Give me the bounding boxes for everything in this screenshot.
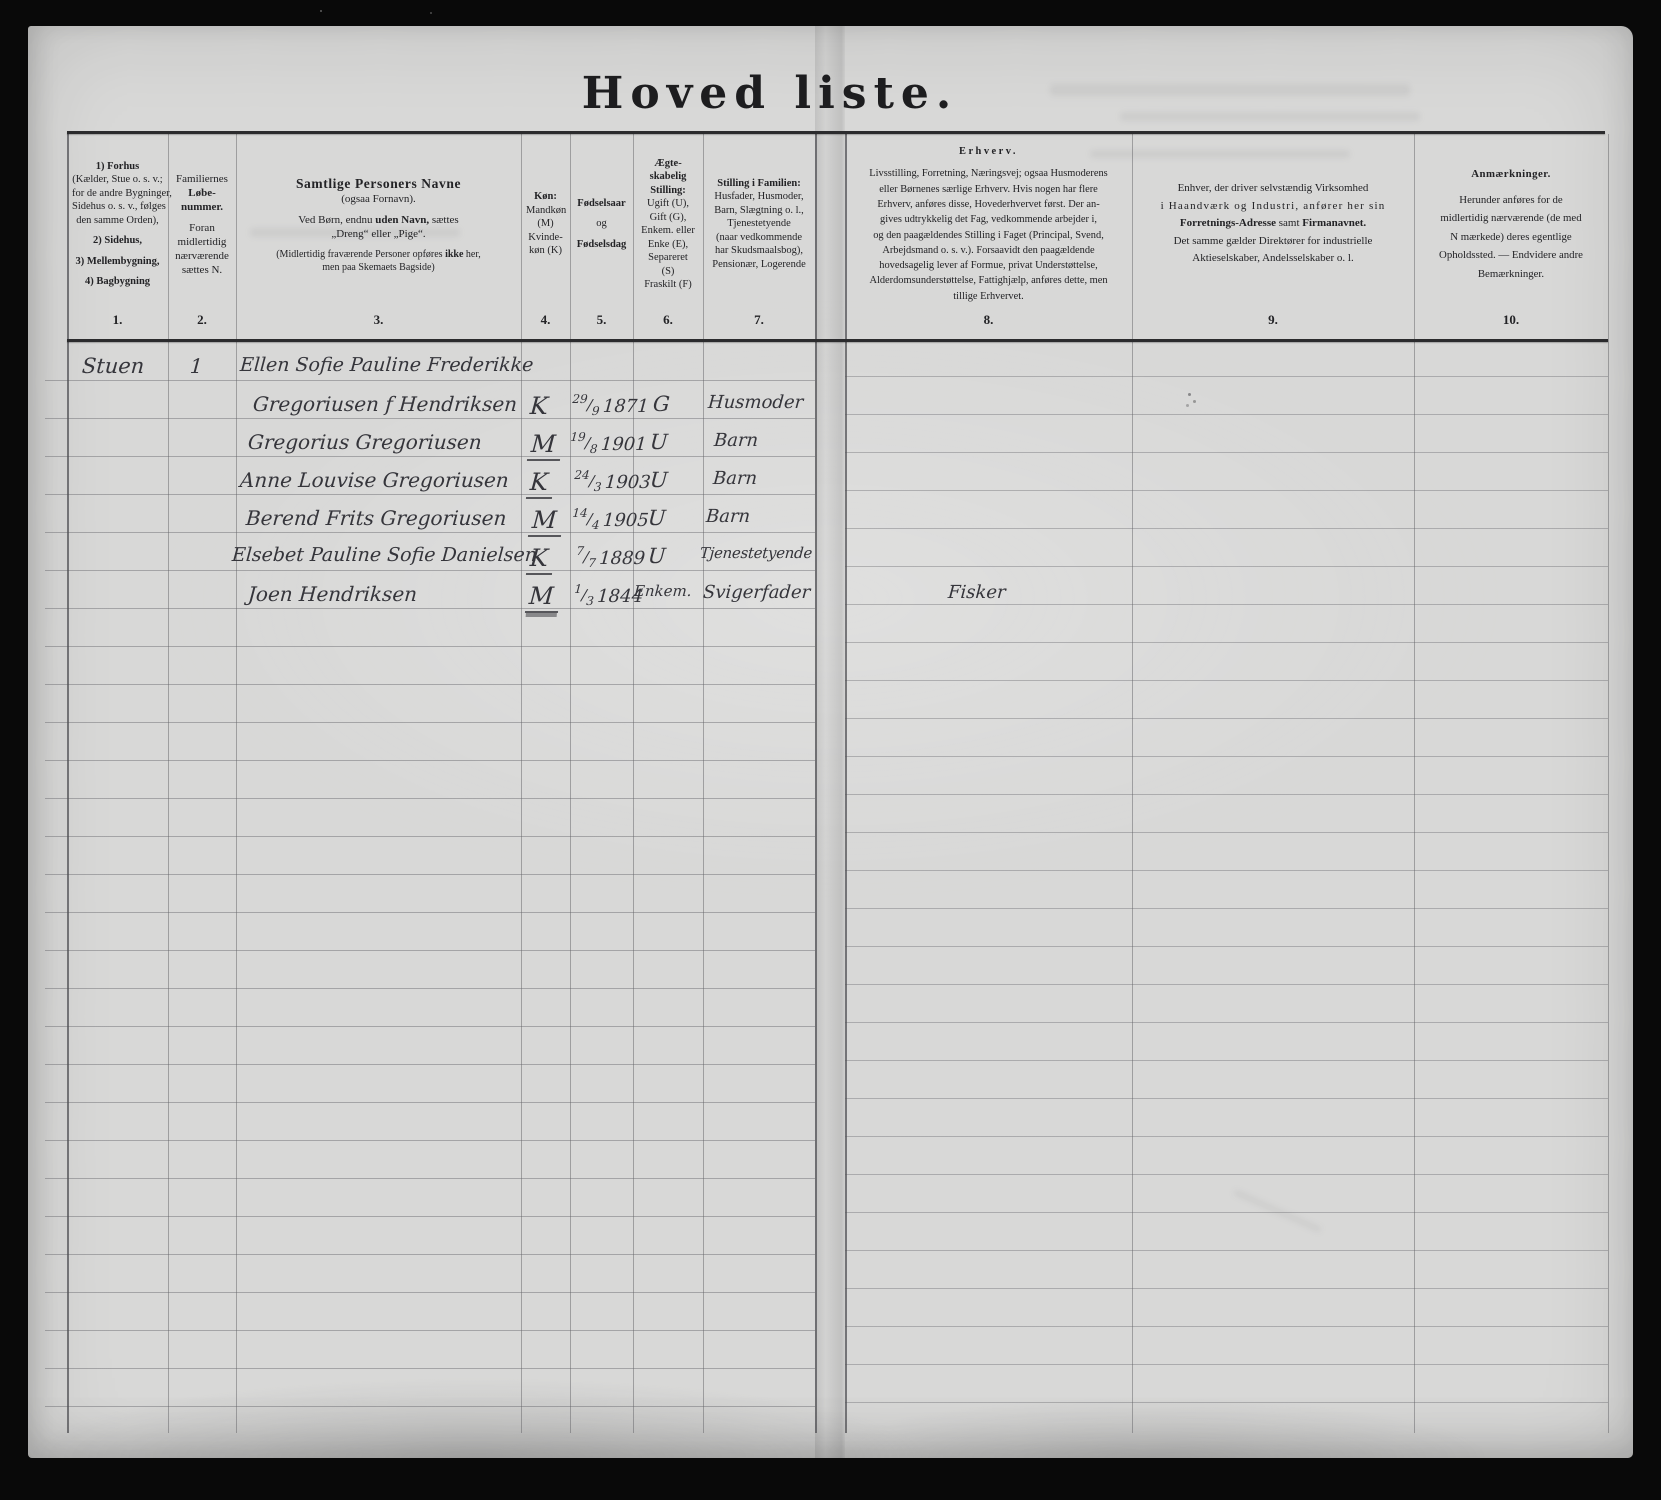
column-divider [815,134,817,1433]
header-text-line: Stilling: [638,184,698,198]
header-text-line: 3) Mellembygning, [72,255,163,269]
sex-entry: M [525,582,560,613]
header-text-line: Livsstilling, Forretning, Næringsvej; og… [850,166,1127,181]
scanned-census-page: Hoved liste. 1) Forhus(Kælder, Stue o. s… [0,0,1661,1500]
birth-month: 9 [591,404,600,418]
column-number: 2. [173,312,231,337]
header-text-line: 2) Sidehus, [72,234,163,248]
header-text-block: Ægte-skabeligStilling:Ugift (U),Gift (G)… [638,136,698,312]
header-text-line: midlertidig [173,235,231,249]
person-name: Gregorius Gregoriusen [247,430,482,454]
scan-dust-specks [320,10,322,12]
birth-month: 3 [593,480,602,494]
family-position-entry: Svigerfader [702,582,811,603]
header-text-line: nærværende [173,249,231,263]
sex-entry: K [529,392,549,420]
marital-status-entry: U [647,506,666,530]
header-text-line: Separeret [638,251,698,265]
header-text-line: Sidehus o. s. v., følges [72,200,163,214]
header-text-line: Opholdssted. — Endvidere andre [1419,246,1603,265]
column-header-5: FødselsaarogFødselsdag5. [570,134,633,337]
dwelling-entry: Stuen [81,354,145,378]
header-text-line: Fødselsdag [575,238,628,252]
header-text-line: N mærkede) deres egentlige [1419,228,1603,247]
column-header-8: Erhverv.Livsstilling, Forretning, Næring… [845,134,1132,337]
header-text-line: Erhverv, anføres disse, Hovederhvervet f… [850,197,1127,212]
birth-month: 8 [589,442,598,456]
header-text-line: 1) Forhus [72,160,163,174]
header-text-line: Forretnings-Adresse samt Firmanavnet. [1137,215,1409,233]
header-text-line: hovedsagelig lever af Formue, privat Und… [850,258,1127,273]
header-text-line: i Haandværk og Industri, anfører her sin [1137,198,1409,216]
sex-entry: K [526,468,554,499]
header-text-line: Anmærkninger. [1419,165,1603,184]
column-header-3: Samtlige Personers Navne(ogsaa Fornavn).… [236,134,521,337]
person-name: Gregoriusen f Hendriksen [252,392,518,416]
header-text-line: gives udtrykkelig det Fag, vedkommende a… [850,212,1127,227]
page-title: Hoved liste. [582,68,958,119]
header-text-line: Pensionær, Logerende [708,258,810,272]
sex-entry: M [527,430,562,461]
column-header-6: Ægte-skabeligStilling:Ugift (U),Gift (G)… [633,134,703,337]
entry-row: Anne Louvise GregoriusenK24/31903UBarn [0,468,1661,506]
header-text-line: Erhverv. [850,144,1127,159]
header-text-line: Ved Børn, endnu uden Navn, sættes [241,213,516,227]
header-text-line: Enhver, der driver selvstændig Virksomhe… [1137,180,1409,198]
entry-row: Gregorius GregoriusenM19/81901UBarn [0,430,1661,468]
header-text-line: Køn: [526,190,565,204]
header-text-line: Gift (G), [638,211,698,225]
marital-status-entry: U [649,430,668,454]
entry-row: Gregoriusen f HendriksenK29/91871GHusmod… [0,392,1661,430]
column-header-2: FamiliernesLøbe-nummer.Foranmidlertidign… [168,134,236,337]
header-text-line: (naar vedkommende [708,231,810,245]
header-text-line: sættes N. [173,263,231,277]
person-name: Berend Frits Gregoriusen [245,506,507,530]
header-text-line: Mandkøn [526,204,565,218]
header-text-block: Stilling i Familien:Husfader, Husmoder,B… [708,136,810,312]
column-number: 6. [638,312,698,337]
person-name: Joen Hendriksen [247,582,418,606]
header-text-line: og den paagældendes Stilling i Faget (Pr… [850,228,1127,243]
header-text-line: tillige Erhvervet. [850,289,1127,304]
header-text-block: FødselsaarogFødselsdag [575,136,628,312]
column-number: 5. [575,312,628,337]
header-text-line: Arbejdsmand o. s. v.). Forsaavidt den pa… [850,243,1127,258]
birth-year: 1889 [599,548,646,569]
header-text-block: Anmærkninger.Herunder anføres for demidl… [1419,136,1603,312]
column-header-7: Stilling i Familien:Husfader, Husmoder,B… [703,134,815,337]
header-text-line: Bemærkninger. [1419,265,1603,284]
header-text-line: eller Børnenes særlige Erhverv. Hvis nog… [850,182,1127,197]
header-text-line: nummer. [173,200,231,214]
column-number: 3. [241,312,516,337]
header-text-line: Foran [173,221,231,235]
column-number: 4. [526,312,565,337]
birth-year: 1901 [600,434,647,455]
marital-status-entry: Enkem. [633,582,692,600]
header-text-line: Fraskilt (F) [638,278,698,292]
column-number: 8. [850,312,1127,337]
header-text-line: (Midlertidig fraværende Personer opføres… [241,248,516,261]
header-text-line: og [575,217,628,231]
header-text-line: (M) [526,217,565,231]
header-text-line: Ægte- [638,157,698,171]
marital-status-entry: G [652,392,670,416]
header-text-line: køn (K) [526,244,565,258]
birth-month: 4 [591,518,600,532]
family-position-entry: Barn [713,430,759,451]
header-text-line: Ugift (U), [638,197,698,211]
ink-speck [1188,393,1191,396]
header-text-line: (ogsaa Fornavn). [241,192,516,206]
birth-day: 24 [574,468,590,482]
header-text-line: Husfader, Husmoder, [708,190,810,204]
entry-row: Stuen1Ellen Sofie Pauline Frederikke [0,354,1661,392]
header-bottom-rule [67,339,1608,342]
header-text-line: midlertidig nærværende (de med [1419,209,1603,228]
birth-month: 7 [588,556,597,570]
family-position-entry: Barn [712,468,758,489]
birth-day: 29 [572,392,588,406]
header-text-line: Stilling i Familien: [708,177,810,191]
birth-day: 14 [572,506,588,520]
header-text-line: men paa Skemaets Bagside) [241,261,516,274]
entry-row: Joen HendriksenM1/31844Enkem.Svigerfader… [0,582,1661,620]
column-number: 10. [1419,312,1603,337]
header-text-block: Køn:Mandkøn(M)Kvinde-køn (K) [526,136,565,312]
header-text-line: skabelig [638,170,698,184]
header-text-line: Familiernes [173,172,231,186]
column-header-1: 1) Forhus(Kælder, Stue o. s. v.;for de a… [67,134,168,337]
person-name: Ellen Sofie Pauline Frederikke [239,354,534,376]
column-number: 9. [1137,312,1409,337]
header-text-line: Fødselsaar [575,197,628,211]
sex-entry: M [528,506,563,537]
header-text-line: (Kælder, Stue o. s. v.; [72,173,163,187]
column-header-10: Anmærkninger.Herunder anføres for demidl… [1414,134,1608,337]
occupation-entry: Fisker [947,582,1006,603]
header-text-line: Enke (E), [638,238,698,252]
birth-date: 19/81901 [569,430,648,456]
column-header-9: Enhver, der driver selvstændig Virksomhe… [1132,134,1414,337]
birth-date: 29/91871 [571,392,650,418]
header-text-line: Herunder anføres for de [1419,191,1603,210]
header-text-block: FamiliernesLøbe-nummer.Foranmidlertidign… [173,136,231,312]
header-text-line: for de andre Bygninger, [72,187,163,201]
header-text-line: Løbe- [173,186,231,200]
header-text-block: Erhverv.Livsstilling, Forretning, Næring… [850,136,1127,312]
birth-day: 19 [570,430,586,444]
entry-row: Berend Frits GregoriusenM14/41905UBarn [0,506,1661,544]
family-position-entry: Barn [705,506,751,527]
header-text-block: Samtlige Personers Navne(ogsaa Fornavn).… [241,136,516,312]
header-text-line: Alderdomsunderstøttelse, Fattighjælp, an… [850,273,1127,288]
birth-year: 1871 [602,396,649,417]
header-text-line: Tjenestetyende [708,217,810,231]
header-text-line: Barn, Slægtning o. l., [708,204,810,218]
family-number-entry: 1 [189,354,203,378]
header-text-line: har Skudsmaalsbog), [708,244,810,258]
column-header-4: Køn:Mandkøn(M)Kvinde-køn (K)4. [521,134,570,337]
header-text-line: den samme Orden), [72,214,163,228]
birth-date: 14/41905 [571,506,650,532]
header-text-block: Enhver, der driver selvstændig Virksomhe… [1137,136,1409,312]
page-fold-gutter [815,26,845,1458]
column-divider [1608,134,1609,1433]
person-name: Elsebet Pauline Sofie Danielsen [231,544,538,566]
birth-year: 1903 [604,472,651,493]
person-name: Anne Louvise Gregoriusen [239,468,509,492]
column-number: 1. [72,312,163,337]
marital-status-entry: U [647,544,666,568]
birth-date: 24/31903 [573,468,652,494]
family-position-entry: Husmoder [707,392,804,413]
sex-entry: K [526,544,554,575]
header-text-line: 4) Bagbygning [72,275,163,289]
column-number: 7. [708,312,810,337]
header-text-block: 1) Forhus(Kælder, Stue o. s. v.;for de a… [72,136,163,312]
header-text-line: Aktieselskaber, Andelsselskaber o. l. [1137,250,1409,268]
family-position-entry: Tjenestetyende [699,544,812,562]
header-text-line: „Dreng“ eller „Pige“. [241,227,516,241]
marital-status-entry: U [649,468,668,492]
birth-year: 1905 [602,510,649,531]
entry-row: Elsebet Pauline Sofie DanielsenK7/71889U… [0,544,1661,582]
header-text-line: Kvinde- [526,231,565,245]
header-text-line: Det samme gælder Direktører for industri… [1137,233,1409,251]
header-text-line: (S) [638,265,698,279]
header-text-line: Samtlige Personers Navne [241,175,516,192]
birth-date: 7/71889 [575,544,646,570]
birth-month: 3 [586,594,595,608]
header-text-line: Enkem. eller [638,224,698,238]
